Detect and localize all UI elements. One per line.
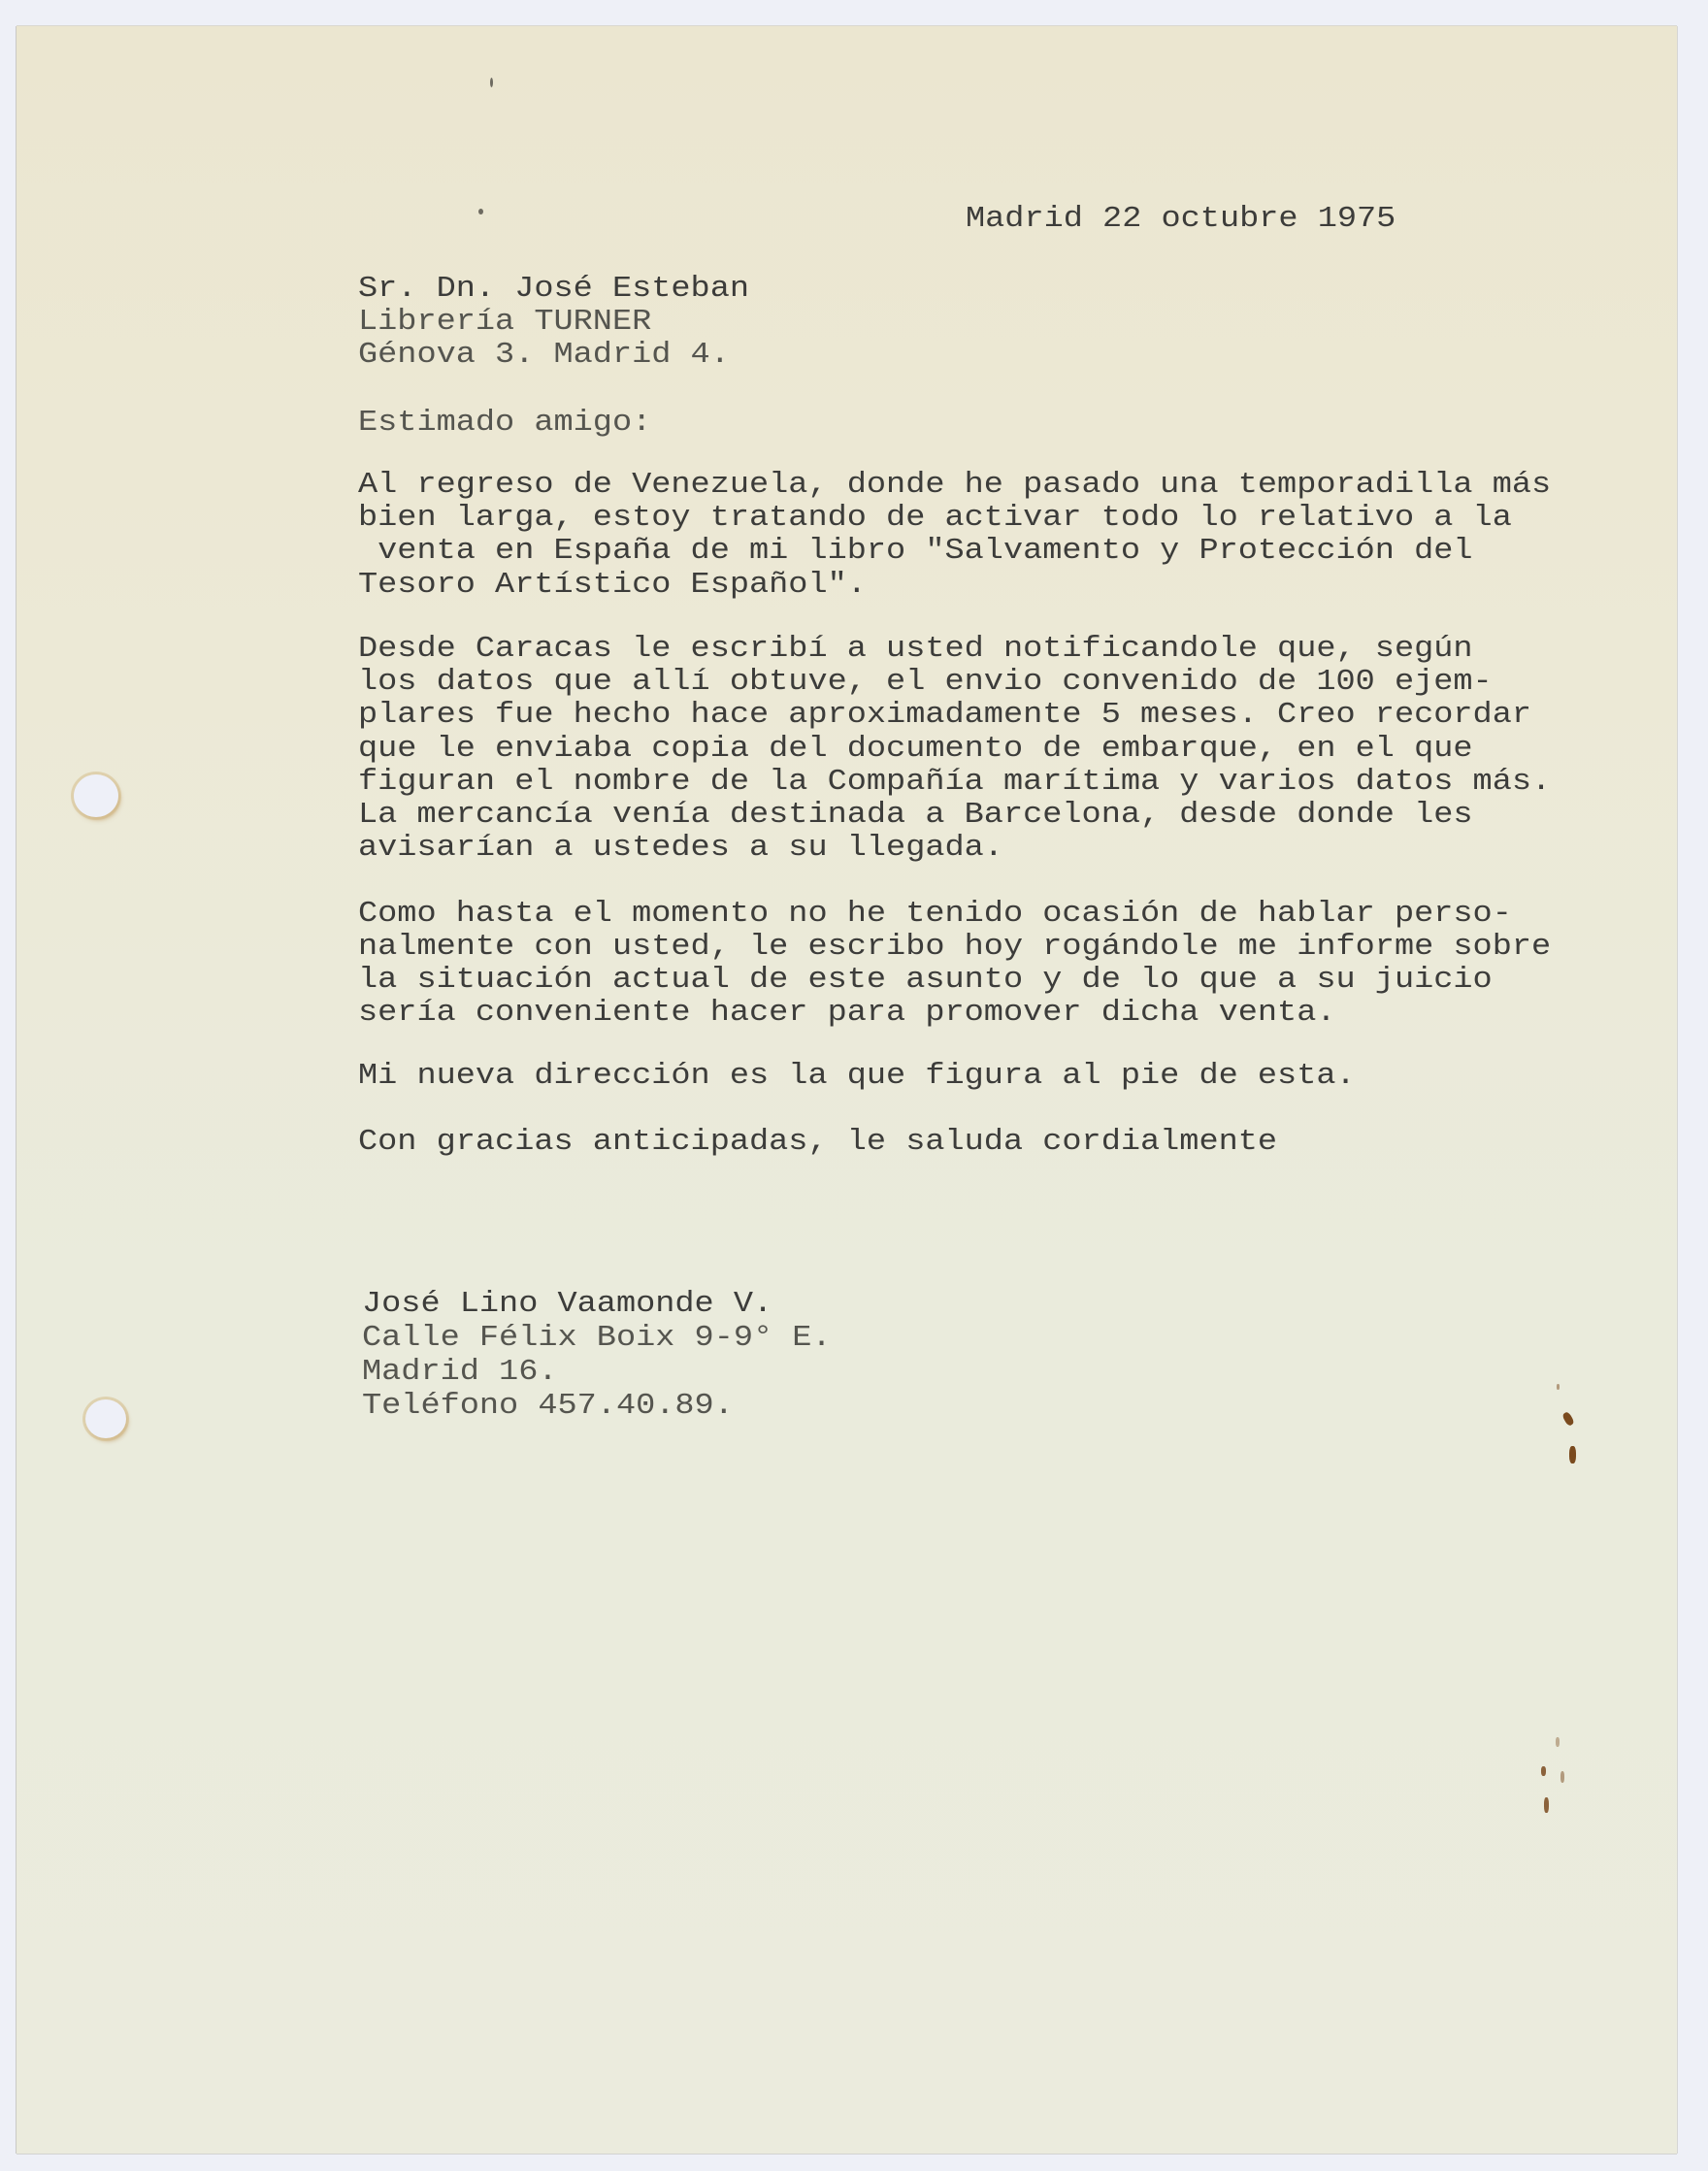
sender-line: José Lino Vaamonde V. — [362, 1289, 772, 1319]
body-line: que le enviaba copia del documento de em… — [358, 734, 1473, 764]
salutation: Estimado amigo: — [358, 408, 651, 438]
rust-stain — [1560, 1771, 1564, 1783]
rust-stain — [1544, 1797, 1549, 1813]
body-line: figuran el nombre de la Compañía marítim… — [358, 767, 1551, 797]
body-line: La mercancía venía destinada a Barcelona… — [358, 800, 1473, 830]
body-line: bien larga, estoy tratando de activar to… — [358, 503, 1512, 533]
punch-hole-lower — [85, 1399, 126, 1438]
body-line: Al regreso de Venezuela, donde he pasado… — [358, 470, 1551, 500]
body-line: plares fue hecho hace aproximadamente 5 … — [358, 700, 1531, 730]
body-line: nalmente con usted, le escribo hoy rogán… — [358, 932, 1551, 962]
body-line: Tesoro Artístico Español". — [358, 570, 867, 600]
rust-stain — [1556, 1737, 1560, 1747]
sender-line: Teléfono 457.40.89. — [362, 1391, 734, 1421]
body-line: avisarían a ustedes a su llegada. — [358, 833, 1003, 863]
rust-stain — [1569, 1446, 1576, 1464]
body-line: los datos que allí obtuve, el envio conv… — [358, 667, 1493, 697]
paper-speck — [490, 78, 493, 87]
letter-date: Madrid 22 octubre 1975 — [966, 204, 1396, 234]
recipient-line: Librería TURNER — [358, 307, 651, 337]
body-line: la situación actual de este asunto y de … — [358, 965, 1493, 995]
rust-stain — [1541, 1766, 1546, 1776]
recipient-line: Génova 3. Madrid 4. — [358, 340, 730, 370]
paper-speck — [478, 209, 483, 214]
rust-stain — [1557, 1384, 1560, 1390]
punch-hole-upper — [74, 774, 118, 817]
body-line: Desde Caracas le escribí a usted notific… — [358, 634, 1473, 664]
sender-line: Calle Félix Boix 9-9° E. — [362, 1323, 832, 1353]
body-line: Mi nueva dirección es la que figura al p… — [358, 1061, 1356, 1091]
recipient-line: Sr. Dn. José Esteban — [358, 274, 749, 304]
body-line: Con gracias anticipadas, le saluda cordi… — [358, 1127, 1277, 1157]
sender-line: Madrid 16. — [362, 1357, 558, 1387]
body-line: venta en España de mi libro "Salvamento … — [358, 536, 1473, 566]
body-line: Como hasta el momento no he tenido ocasi… — [358, 899, 1512, 929]
body-line: sería conveniente hacer para promover di… — [358, 998, 1336, 1028]
